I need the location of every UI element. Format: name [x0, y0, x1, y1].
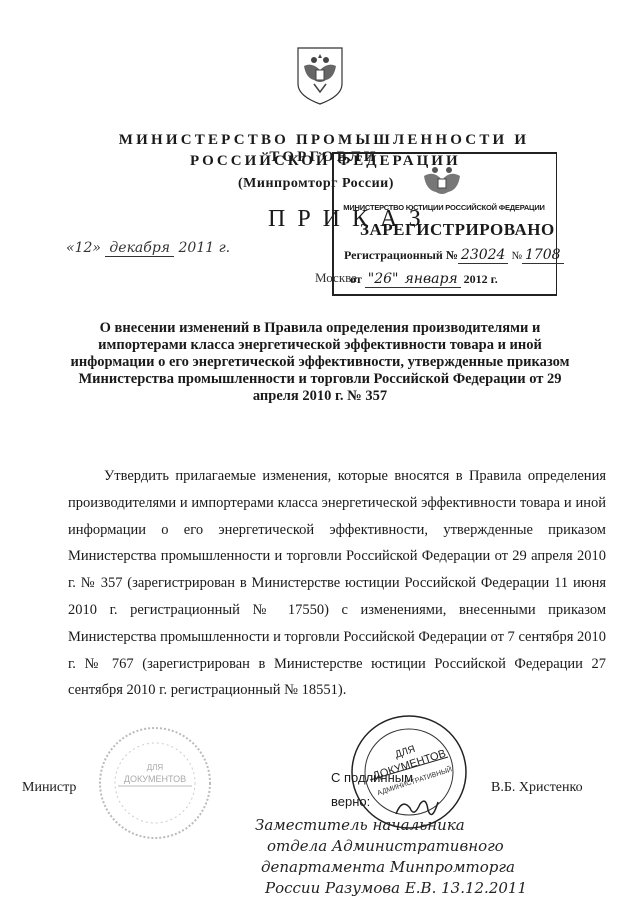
stamp-date-day: "26" — [365, 271, 402, 288]
coat-of-arms-icon — [294, 44, 346, 106]
order-date-month: декабря — [105, 240, 174, 257]
stamp-reg-value: 23024 — [458, 247, 509, 264]
stamp-reg-number: Регистрационный №23024 №1708 — [344, 247, 564, 263]
order-title: О внесении изменений в Правила определен… — [60, 320, 580, 405]
stamp-date-label: от — [350, 272, 362, 286]
certifier-handwritten-note: Заместитель начальника отдела Администра… — [255, 815, 615, 899]
order-number-sign: № — [511, 250, 522, 262]
stamp-reg-label: Регистрационный № — [344, 248, 458, 262]
order-date-year: 2011 г. — [179, 240, 231, 256]
stamp-date-year: 2012 г. — [464, 272, 498, 286]
stamp-status: ЗАРЕГИСТРИРОВАНО — [360, 220, 555, 240]
stamp-emblem-icon — [420, 160, 464, 200]
svg-text:ДЛЯ: ДЛЯ — [147, 763, 164, 772]
order-date-day: «12» — [66, 240, 101, 256]
stamp-date-month: января — [401, 271, 460, 288]
stamp-date: от "26"января 2012 г. — [350, 271, 498, 287]
handwritten-line: отдела Административного — [255, 836, 615, 857]
order-date: «12» декабря 2011 г. — [66, 240, 230, 256]
body-paragraph: Утвердить прилагаемые изменения, которые… — [68, 463, 606, 704]
seal-left-icon: ДЛЯ ДОКУМЕНТОВ — [96, 724, 214, 842]
order-number: 1708 — [522, 247, 564, 264]
stamp-ministry: МИНИСТЕРСТВО ЮСТИЦИИ РОССИЙСКОЙ ФЕДЕРАЦИ… — [338, 203, 550, 212]
signer-name: В.Б. Христенко — [491, 780, 583, 796]
svg-text:ДОКУМЕНТОВ: ДОКУМЕНТОВ — [124, 774, 186, 784]
handwritten-line: России Разумова Е.В. 13.12.2011 — [255, 878, 615, 899]
handwritten-line: департамента Минпромторга — [255, 857, 615, 878]
signer-position: Министр — [22, 780, 76, 796]
certified-line1: С подлинным — [331, 766, 413, 790]
order-body: Утвердить прилагаемые изменения, которые… — [68, 463, 606, 704]
handwritten-line: Заместитель начальника — [255, 815, 615, 836]
